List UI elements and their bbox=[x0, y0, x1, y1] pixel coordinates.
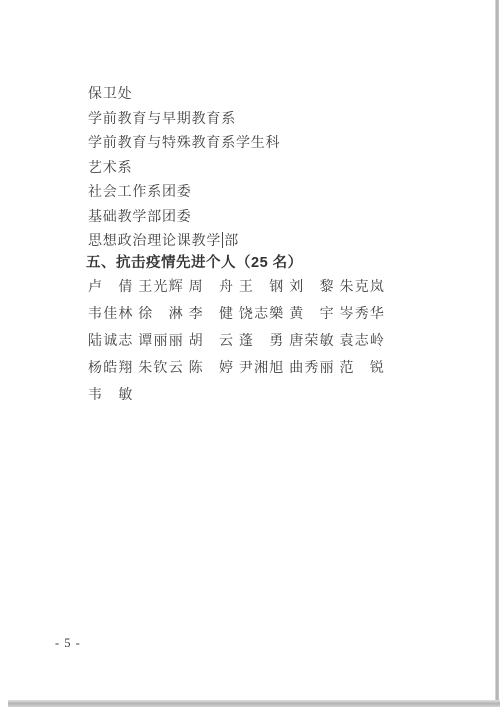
department-list: 保卫处 学前教育与早期教育系 学前教育与特殊教育系学生科 艺术系 社会工作系团委… bbox=[88, 83, 280, 255]
section-heading: 五、抗击疫情先进个人（25 名） bbox=[86, 253, 303, 273]
department-line: 艺术系 bbox=[88, 157, 280, 182]
name-row: 卢 倩 王光辉 周 舟 王 钢 刘 黎 朱克岚 bbox=[88, 274, 385, 301]
page-edge-right bbox=[495, 0, 499, 707]
name-row: 韦 敏 bbox=[88, 382, 385, 409]
department-line: 社会工作系团委 bbox=[88, 181, 280, 206]
department-line-text-after-cursor: 部 bbox=[224, 234, 239, 249]
name-row: 韦佳林 徐 淋 李 健 饶志樂 黄 宇 岑秀华 bbox=[88, 301, 385, 328]
page-number: - 5 - bbox=[55, 636, 81, 651]
awardee-name-list: 卢 倩 王光辉 周 舟 王 钢 刘 黎 朱克岚 韦佳林 徐 淋 李 健 饶志樂 … bbox=[88, 274, 385, 409]
department-line: 保卫处 bbox=[88, 83, 280, 108]
department-line-text-before-cursor: 思想政治理论课教学 bbox=[88, 234, 221, 249]
department-line: 学前教育与早期教育系 bbox=[88, 108, 280, 133]
name-row: 陆诚志 谭丽丽 胡 云 蓬 勇 唐荣敏 袁志岭 bbox=[88, 328, 385, 355]
department-line-with-cursor: 思想政治理论课教学部 bbox=[88, 230, 280, 255]
document-page[interactable]: 保卫处 学前教育与早期教育系 学前教育与特殊教育系学生科 艺术系 社会工作系团委… bbox=[0, 0, 500, 707]
page-edge-bottom bbox=[8, 700, 500, 707]
name-row: 杨皓翔 朱钦云 陈 婷 尹湘旭 曲秀丽 范 锐 bbox=[88, 355, 385, 382]
department-line: 基础教学部团委 bbox=[88, 206, 280, 231]
department-line: 学前教育与特殊教育系学生科 bbox=[88, 132, 280, 157]
